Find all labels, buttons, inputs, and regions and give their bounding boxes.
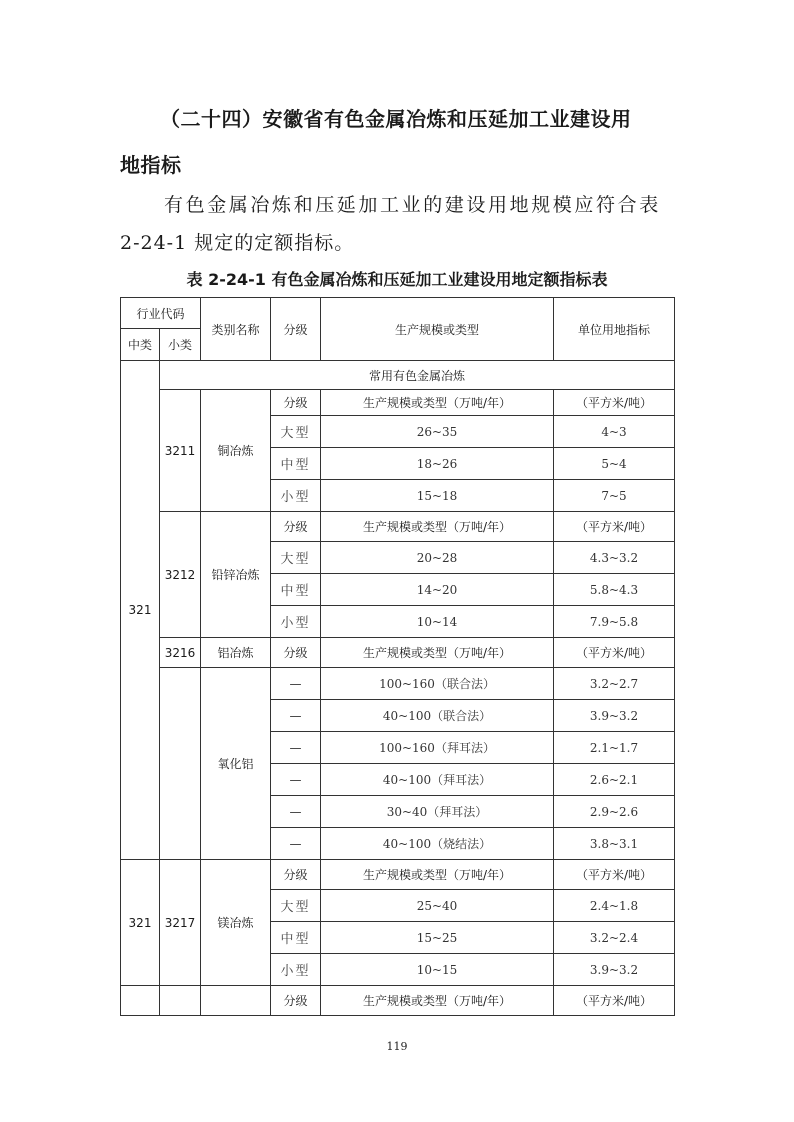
middle-class-code: 321 (121, 860, 160, 986)
grade-cell: 大型 (271, 416, 321, 448)
small-class-code (160, 668, 201, 860)
empty-cell (121, 986, 160, 1016)
category-name: 氧化铝 (201, 668, 271, 860)
scale-cell: 10~15 (321, 954, 554, 986)
intro-paragraph: 有色金属冶炼和压延加工业的建设用地规模应符合表 2-24-1 规定的定额指标。 (120, 186, 680, 262)
table-row: 分级 生产规模或类型（万吨/年） （平方米/吨） (121, 986, 675, 1016)
index-cell: 2.6~2.1 (554, 764, 675, 796)
header-small-class: 小类 (160, 329, 201, 361)
scale-cell: 15~18 (321, 480, 554, 512)
scale-cell: 30~40（拜耳法） (321, 796, 554, 828)
scale-cell: 100~160（联合法） (321, 668, 554, 700)
subheader-grade: 分级 (271, 860, 321, 890)
header-middle-class: 中类 (121, 329, 160, 361)
table-caption: 表 2-24-1 有色金属冶炼和压延加工业建设用地定额指标表 (120, 267, 674, 293)
category-name: 镁冶炼 (201, 860, 271, 986)
index-cell: 5.8~4.3 (554, 574, 675, 606)
empty-cell (201, 986, 271, 1016)
paragraph-line-2: 2-24-1 规定的定额指标。 (120, 224, 680, 262)
grade-cell: — (271, 700, 321, 732)
index-cell: 3.8~3.1 (554, 828, 675, 860)
subheader-grade: 分级 (271, 638, 321, 668)
section-title-line-1: （二十四）安徽省有色金属冶炼和压延加工业建设用 (120, 96, 680, 142)
header-scale: 生产规模或类型 (321, 298, 554, 361)
table-row: 3212 铅锌冶炼 分级 生产规模或类型（万吨/年） （平方米/吨） (121, 512, 675, 542)
index-cell: 3.9~3.2 (554, 700, 675, 732)
grade-cell: 大型 (271, 542, 321, 574)
grade-cell: 小型 (271, 954, 321, 986)
index-cell: 2.9~2.6 (554, 796, 675, 828)
subheader-grade: 分级 (271, 390, 321, 416)
paragraph-line-1: 有色金属冶炼和压延加工业的建设用地规模应符合表 (120, 186, 680, 224)
small-class-code: 3212 (160, 512, 201, 638)
index-cell: 2.1~1.7 (554, 732, 675, 764)
grade-cell: 小型 (271, 606, 321, 638)
scale-cell: 10~14 (321, 606, 554, 638)
subheader-scale: 生产规模或类型（万吨/年） (321, 512, 554, 542)
scale-cell: 40~100（拜耳法） (321, 764, 554, 796)
subheader-unit: （平方米/吨） (554, 512, 675, 542)
grade-cell: 小型 (271, 480, 321, 512)
category-name: 铅锌冶炼 (201, 512, 271, 638)
subheader-unit: （平方米/吨） (554, 390, 675, 416)
section-title-line-2: 地指标 (120, 142, 680, 188)
table-row: 氧化铝 — 100~160（联合法） 3.2~2.7 (121, 668, 675, 700)
category-name: 铝冶炼 (201, 638, 271, 668)
subheader-scale: 生产规模或类型（万吨/年） (321, 860, 554, 890)
scale-cell: 26~35 (321, 416, 554, 448)
group-title: 常用有色金属冶炼 (160, 361, 675, 390)
middle-class-code: 321 (121, 361, 160, 860)
category-name: 铜冶炼 (201, 390, 271, 512)
index-cell: 3.2~2.4 (554, 922, 675, 954)
header-category-name: 类别名称 (201, 298, 271, 361)
grade-cell: — (271, 828, 321, 860)
index-cell: 4.3~3.2 (554, 542, 675, 574)
index-cell: 5~4 (554, 448, 675, 480)
header-industry-code: 行业代码 (121, 298, 201, 329)
scale-cell: 40~100（烧结法） (321, 828, 554, 860)
scale-cell: 20~28 (321, 542, 554, 574)
grade-cell: 中型 (271, 922, 321, 954)
scale-cell: 18~26 (321, 448, 554, 480)
table-row: 321 3217 镁冶炼 分级 生产规模或类型（万吨/年） （平方米/吨） (121, 860, 675, 890)
index-cell: 3.2~2.7 (554, 668, 675, 700)
grade-cell: — (271, 732, 321, 764)
grade-cell: — (271, 796, 321, 828)
subheader-scale: 生产规模或类型（万吨/年） (321, 390, 554, 416)
header-unit-index: 单位用地指标 (554, 298, 675, 361)
document-page: （二十四）安徽省有色金属冶炼和压延加工业建设用 地指标 有色金属冶炼和压延加工业… (0, 0, 794, 1122)
header-row: 行业代码 类别名称 分级 生产规模或类型 单位用地指标 (121, 298, 675, 329)
index-cell: 2.4~1.8 (554, 890, 675, 922)
subheader-scale: 生产规模或类型（万吨/年） (321, 986, 554, 1016)
subheader-unit: （平方米/吨） (554, 860, 675, 890)
page-number: 119 (0, 1040, 794, 1053)
grade-cell: — (271, 668, 321, 700)
subheader-grade: 分级 (271, 986, 321, 1016)
table-row: 3211 铜冶炼 分级 生产规模或类型（万吨/年） （平方米/吨） (121, 390, 675, 416)
section-title: （二十四）安徽省有色金属冶炼和压延加工业建设用 地指标 (120, 96, 680, 188)
grade-cell: — (271, 764, 321, 796)
subheader-unit: （平方米/吨） (554, 638, 675, 668)
grade-cell: 中型 (271, 574, 321, 606)
subheader-scale: 生产规模或类型（万吨/年） (321, 638, 554, 668)
land-quota-table: 行业代码 类别名称 分级 生产规模或类型 单位用地指标 中类 小类 321 常用… (120, 297, 675, 1016)
table-row: 3216 铝冶炼 分级 生产规模或类型（万吨/年） （平方米/吨） (121, 638, 675, 668)
index-cell: 7.9~5.8 (554, 606, 675, 638)
scale-cell: 15~25 (321, 922, 554, 954)
index-cell: 3.9~3.2 (554, 954, 675, 986)
grade-cell: 中型 (271, 448, 321, 480)
small-class-code: 3217 (160, 860, 201, 986)
scale-cell: 25~40 (321, 890, 554, 922)
grade-cell: 大型 (271, 890, 321, 922)
index-cell: 7~5 (554, 480, 675, 512)
scale-cell: 40~100（联合法） (321, 700, 554, 732)
group-title-row: 321 常用有色金属冶炼 (121, 361, 675, 390)
small-class-code: 3216 (160, 638, 201, 668)
subheader-grade: 分级 (271, 512, 321, 542)
subheader-unit: （平方米/吨） (554, 986, 675, 1016)
scale-cell: 14~20 (321, 574, 554, 606)
index-cell: 4~3 (554, 416, 675, 448)
scale-cell: 100~160（拜耳法） (321, 732, 554, 764)
empty-cell (160, 986, 201, 1016)
header-grade: 分级 (271, 298, 321, 361)
small-class-code: 3211 (160, 390, 201, 512)
